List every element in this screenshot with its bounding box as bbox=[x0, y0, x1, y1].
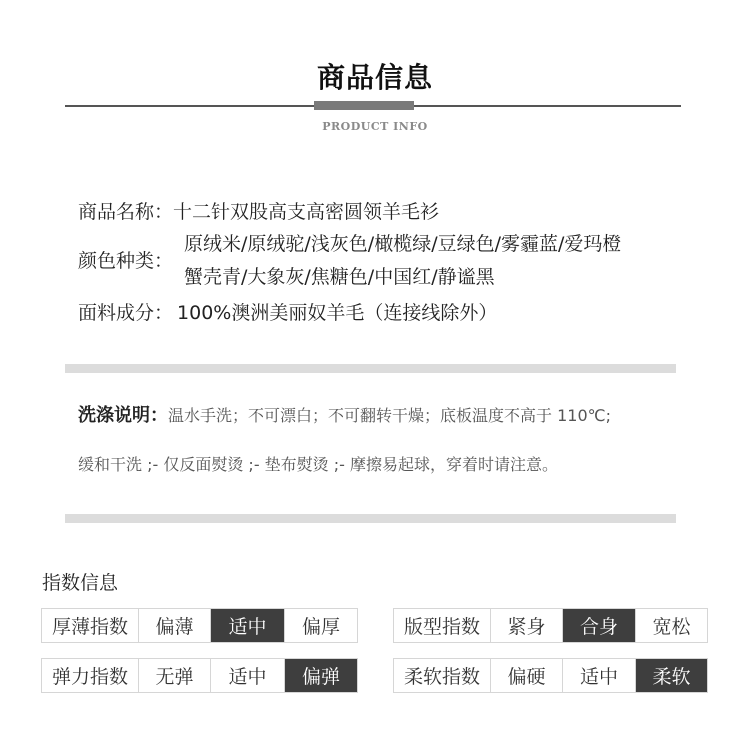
section-divider-bar bbox=[65, 514, 676, 523]
softness-option-medium: 适中 bbox=[562, 659, 635, 692]
section-divider-bar bbox=[65, 364, 676, 373]
fit-option-loose: 宽松 bbox=[635, 609, 707, 642]
index-title: 指数信息 bbox=[42, 568, 118, 595]
softness-index-grid: 柔软指数 偏硬 适中 柔软 bbox=[393, 658, 708, 693]
elasticity-index-label: 弹力指数 bbox=[42, 659, 138, 692]
title-divider-accent bbox=[314, 101, 414, 110]
softness-index-label: 柔软指数 bbox=[394, 659, 490, 692]
spec-name-value: 十二针双股高支高密圆领羊毛衫 bbox=[173, 201, 439, 223]
spec-material-row: 面料成分：100%澳洲美丽奴羊毛（连接线除外） bbox=[78, 298, 497, 325]
washing-text-2: 缓和干洗 ;- 仅反面熨烫 ;- 垫布熨烫 ;- 摩擦易起球，穿着时请注意。 bbox=[78, 452, 558, 475]
thickness-index-label: 厚薄指数 bbox=[42, 609, 138, 642]
fit-index-label: 版型指数 bbox=[394, 609, 490, 642]
elasticity-option-stretchy: 偏弹 bbox=[284, 659, 357, 692]
elasticity-option-medium: 适中 bbox=[210, 659, 284, 692]
fit-index-grid: 版型指数 紧身 合身 宽松 bbox=[393, 608, 708, 643]
spec-name-row: 商品名称：十二针双股高支高密圆领羊毛衫 bbox=[78, 197, 439, 224]
washing-text-1: 温水手洗；不可漂白；不可翻转干燥；底板温度不高于 110℃; bbox=[168, 406, 611, 425]
washing-line1: 洗涤说明：温水手洗；不可漂白；不可翻转干燥；底板温度不高于 110℃; bbox=[78, 401, 611, 427]
fit-option-slim: 紧身 bbox=[490, 609, 562, 642]
washing-label: 洗涤说明： bbox=[78, 405, 168, 426]
thickness-option-medium: 适中 bbox=[210, 609, 284, 642]
spec-colors-line1: 原绒米/原绒驼/浅灰色/橄榄绿/豆绿色/雾霾蓝/爱玛橙 bbox=[184, 229, 621, 256]
page-title: 商品信息 bbox=[0, 56, 750, 96]
thickness-option-thick: 偏厚 bbox=[284, 609, 357, 642]
spec-material-value: 100%澳洲美丽奴羊毛（连接线除外） bbox=[177, 302, 497, 324]
page-subtitle: PRODUCT INFO bbox=[0, 120, 750, 133]
spec-name-label: 商品名称： bbox=[78, 201, 173, 223]
softness-option-hard: 偏硬 bbox=[490, 659, 562, 692]
elasticity-index-grid: 弹力指数 无弹 适中 偏弹 bbox=[41, 658, 358, 693]
spec-material-label: 面料成分： bbox=[78, 302, 173, 324]
softness-option-soft: 柔软 bbox=[635, 659, 707, 692]
thickness-index-grid: 厚薄指数 偏薄 适中 偏厚 bbox=[41, 608, 358, 643]
elasticity-option-none: 无弹 bbox=[138, 659, 210, 692]
fit-option-regular: 合身 bbox=[562, 609, 635, 642]
spec-colors-label: 颜色种类： bbox=[78, 246, 173, 273]
thickness-option-thin: 偏薄 bbox=[138, 609, 210, 642]
spec-colors-line2: 蟹壳青/大象灰/焦糖色/中国红/静谧黑 bbox=[184, 262, 495, 289]
